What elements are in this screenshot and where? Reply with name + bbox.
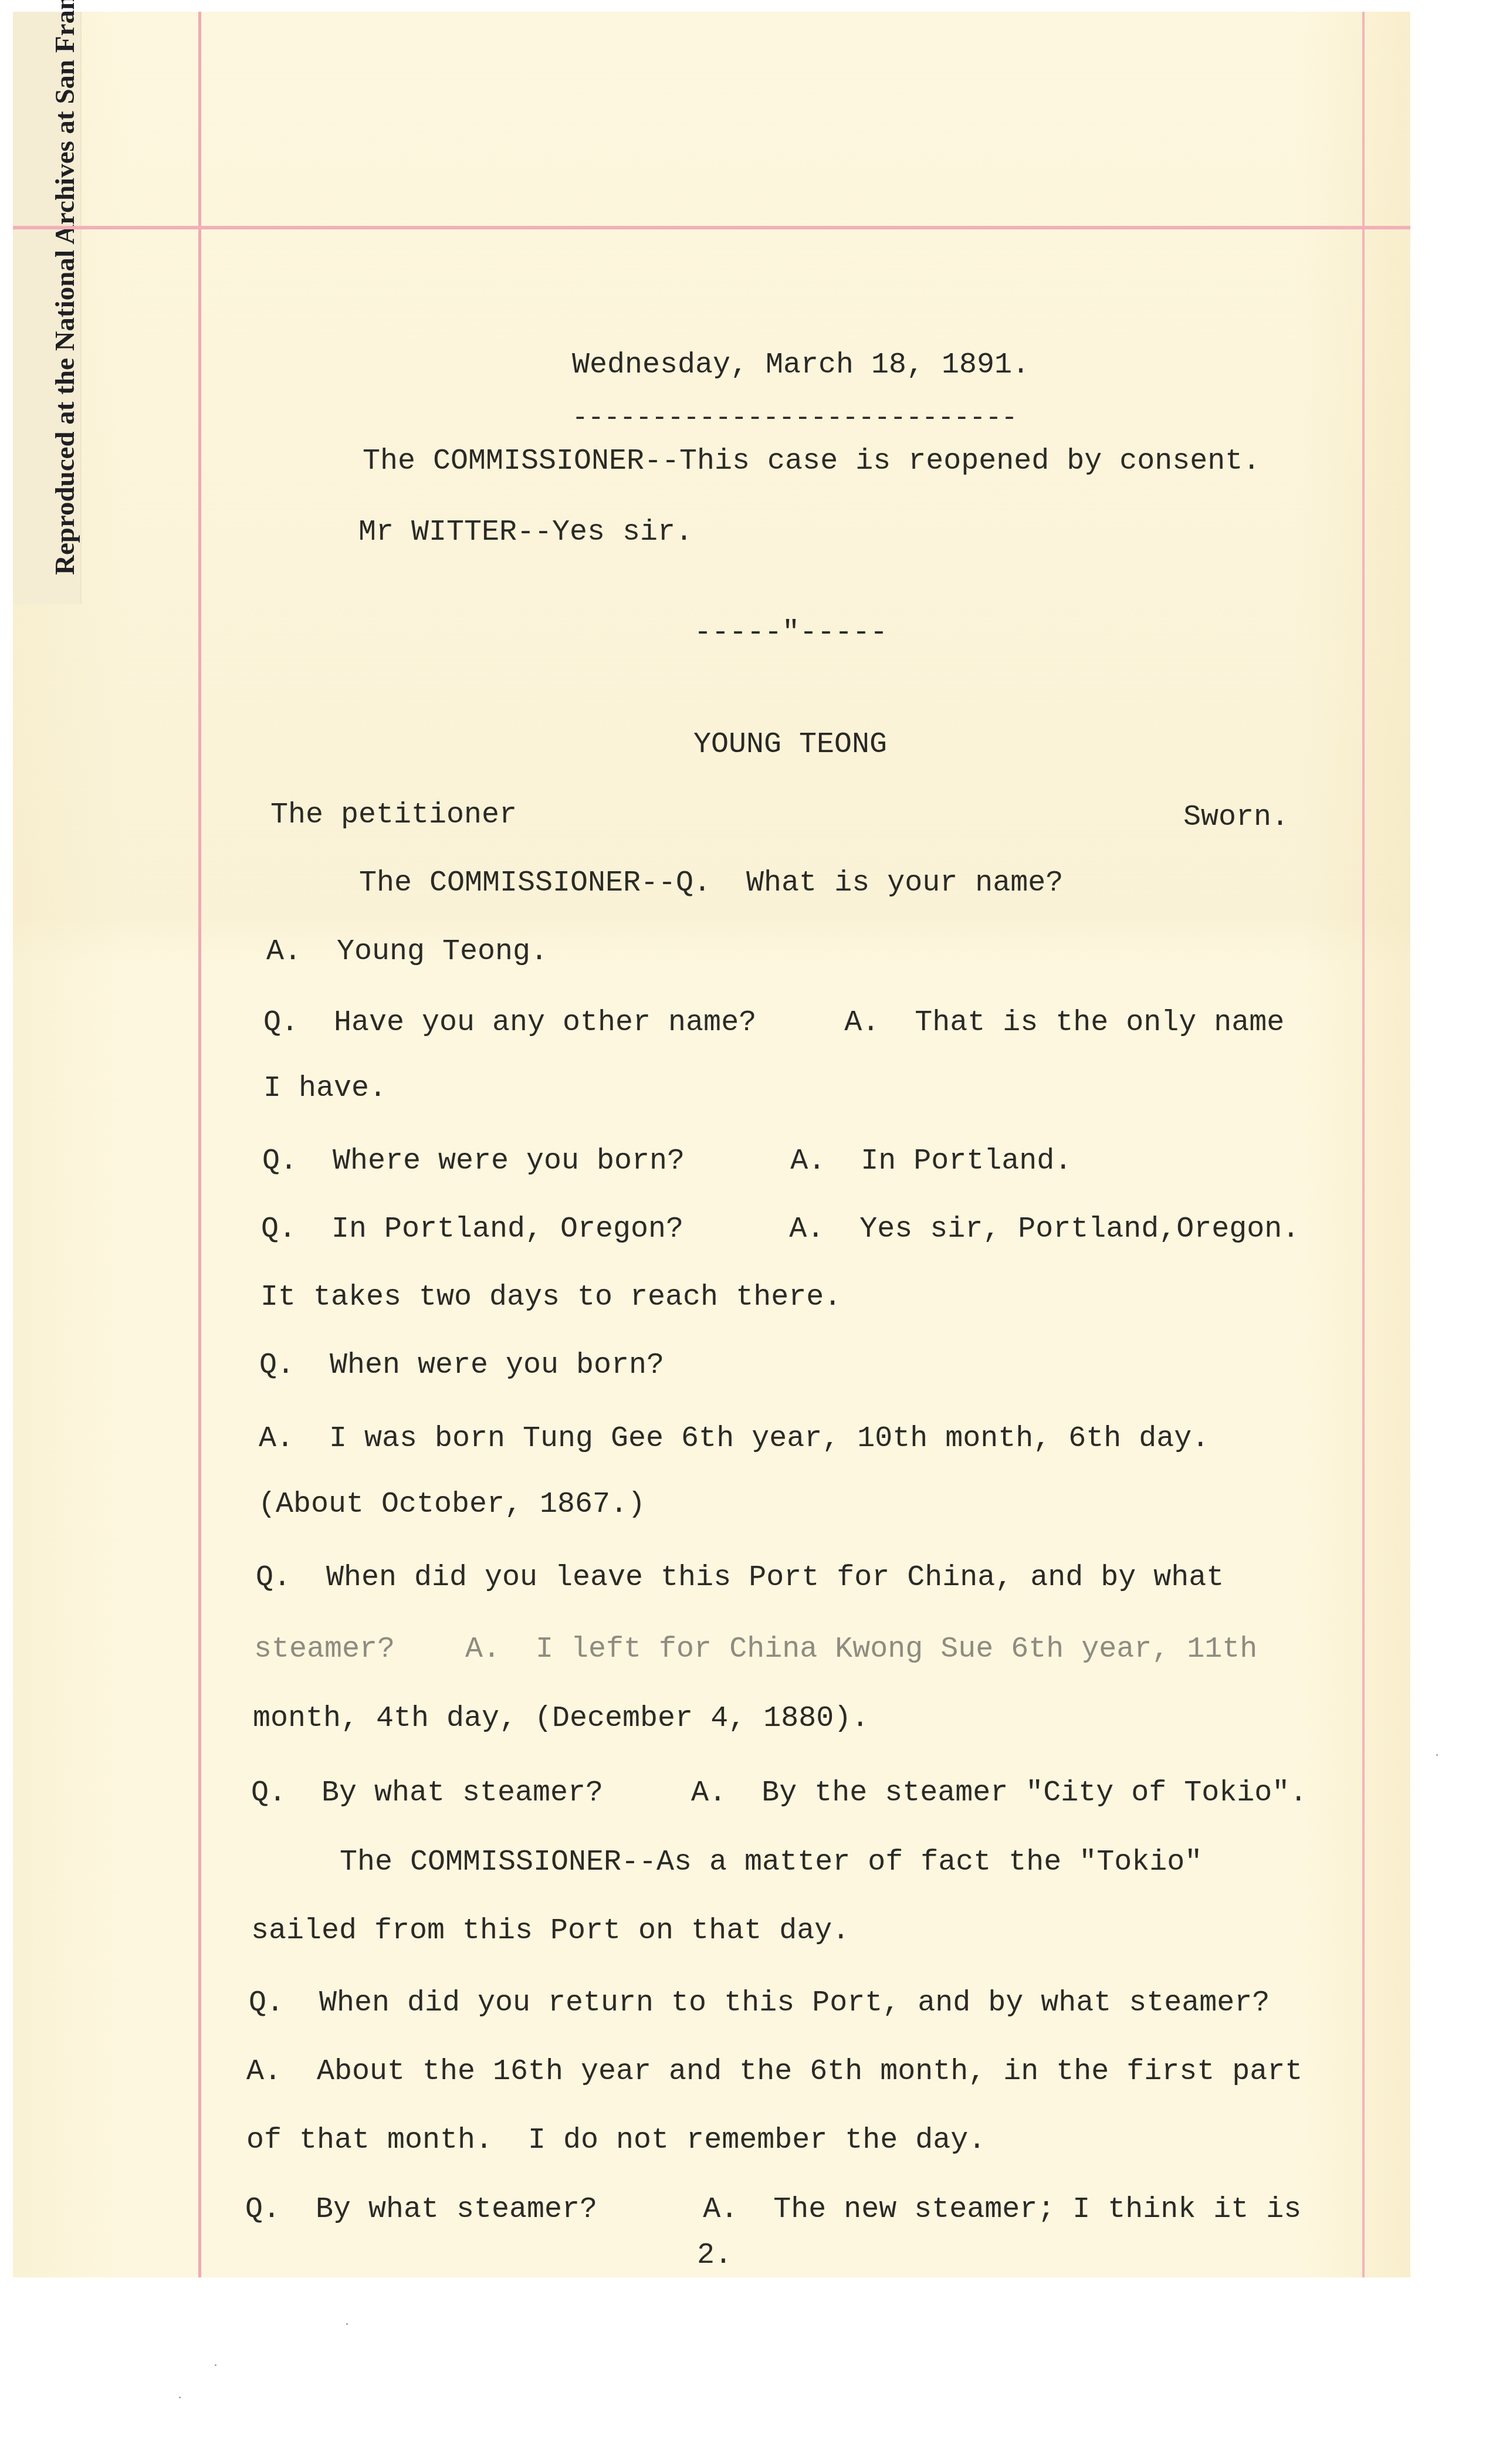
paper-speck xyxy=(346,2323,348,2325)
witness-intro-left: The petitioner xyxy=(270,801,517,830)
right-margin-rule xyxy=(1362,12,1365,2277)
testimony-line: sailed from this Port on that day. xyxy=(251,1917,849,1946)
date-underline: ---------------------------- xyxy=(572,405,1017,432)
testimony-line: Q. Where were you born? A. In Portland. xyxy=(262,1147,1072,1176)
witness-intro-right: Sworn. xyxy=(1183,803,1289,832)
testimony-line: A. Young Teong. xyxy=(266,937,548,967)
testimony-line: Q. When were you born? xyxy=(259,1351,664,1380)
testimony-line: Q. By what steamer? A. By the steamer "C… xyxy=(251,1779,1307,1808)
archive-stamp: Reproduced at the National Archives at S… xyxy=(13,12,80,604)
testimony-line: A. About the 16th year and the 6th month… xyxy=(246,2057,1302,2087)
archive-stamp-text: Reproduced at the National Archives at S… xyxy=(49,0,81,575)
paper-speck xyxy=(215,2364,216,2366)
testimony-line: Q. When did you return to this Port, and… xyxy=(249,1989,1270,2018)
testimony-line: Q. By what steamer? A. The new steamer; … xyxy=(245,2195,1301,2225)
testimony-line: month, 4th day, (December 4, 1880). xyxy=(253,1704,869,1734)
page-number: 2. xyxy=(697,2241,732,2270)
witness-name: YOUNG TEONG xyxy=(693,730,887,760)
paper-speck xyxy=(1436,1754,1438,1756)
testimony-line: (About October, 1867.) xyxy=(258,1490,645,1519)
opening-line: The COMMISSIONER--This case is reopened … xyxy=(363,447,1260,476)
opening-line: Mr WITTER--Yes sir. xyxy=(358,518,693,547)
testimony-line: The COMMISSIONER--As a matter of fact th… xyxy=(340,1848,1202,1877)
section-separator: -----"----- xyxy=(694,618,888,648)
paper-speck xyxy=(179,2397,181,2398)
left-margin-rule xyxy=(198,12,201,2277)
header-rule xyxy=(13,226,1410,229)
testimony-line: Q. When did you leave this Port for Chin… xyxy=(256,1563,1224,1593)
testimony-line: of that month. I do not remember the day… xyxy=(246,2126,986,2155)
testimony-line: I have. xyxy=(263,1074,387,1104)
testimony-line-faded: steamer? A. I left for China Kwong Sue 6… xyxy=(254,1635,1257,1664)
date-heading: Wednesday, March 18, 1891. xyxy=(572,351,1030,380)
testimony-line: A. I was born Tung Gee 6th year, 10th mo… xyxy=(259,1424,1209,1454)
testimony-line: Q. Have you any other name? A. That is t… xyxy=(263,1008,1284,1038)
testimony-line: Q. In Portland, Oregon? A. Yes sir, Port… xyxy=(261,1215,1299,1244)
testimony-line: It takes two days to reach there. xyxy=(260,1283,841,1312)
testimony-line: The COMMISSIONER--Q. What is your name? xyxy=(359,869,1063,898)
